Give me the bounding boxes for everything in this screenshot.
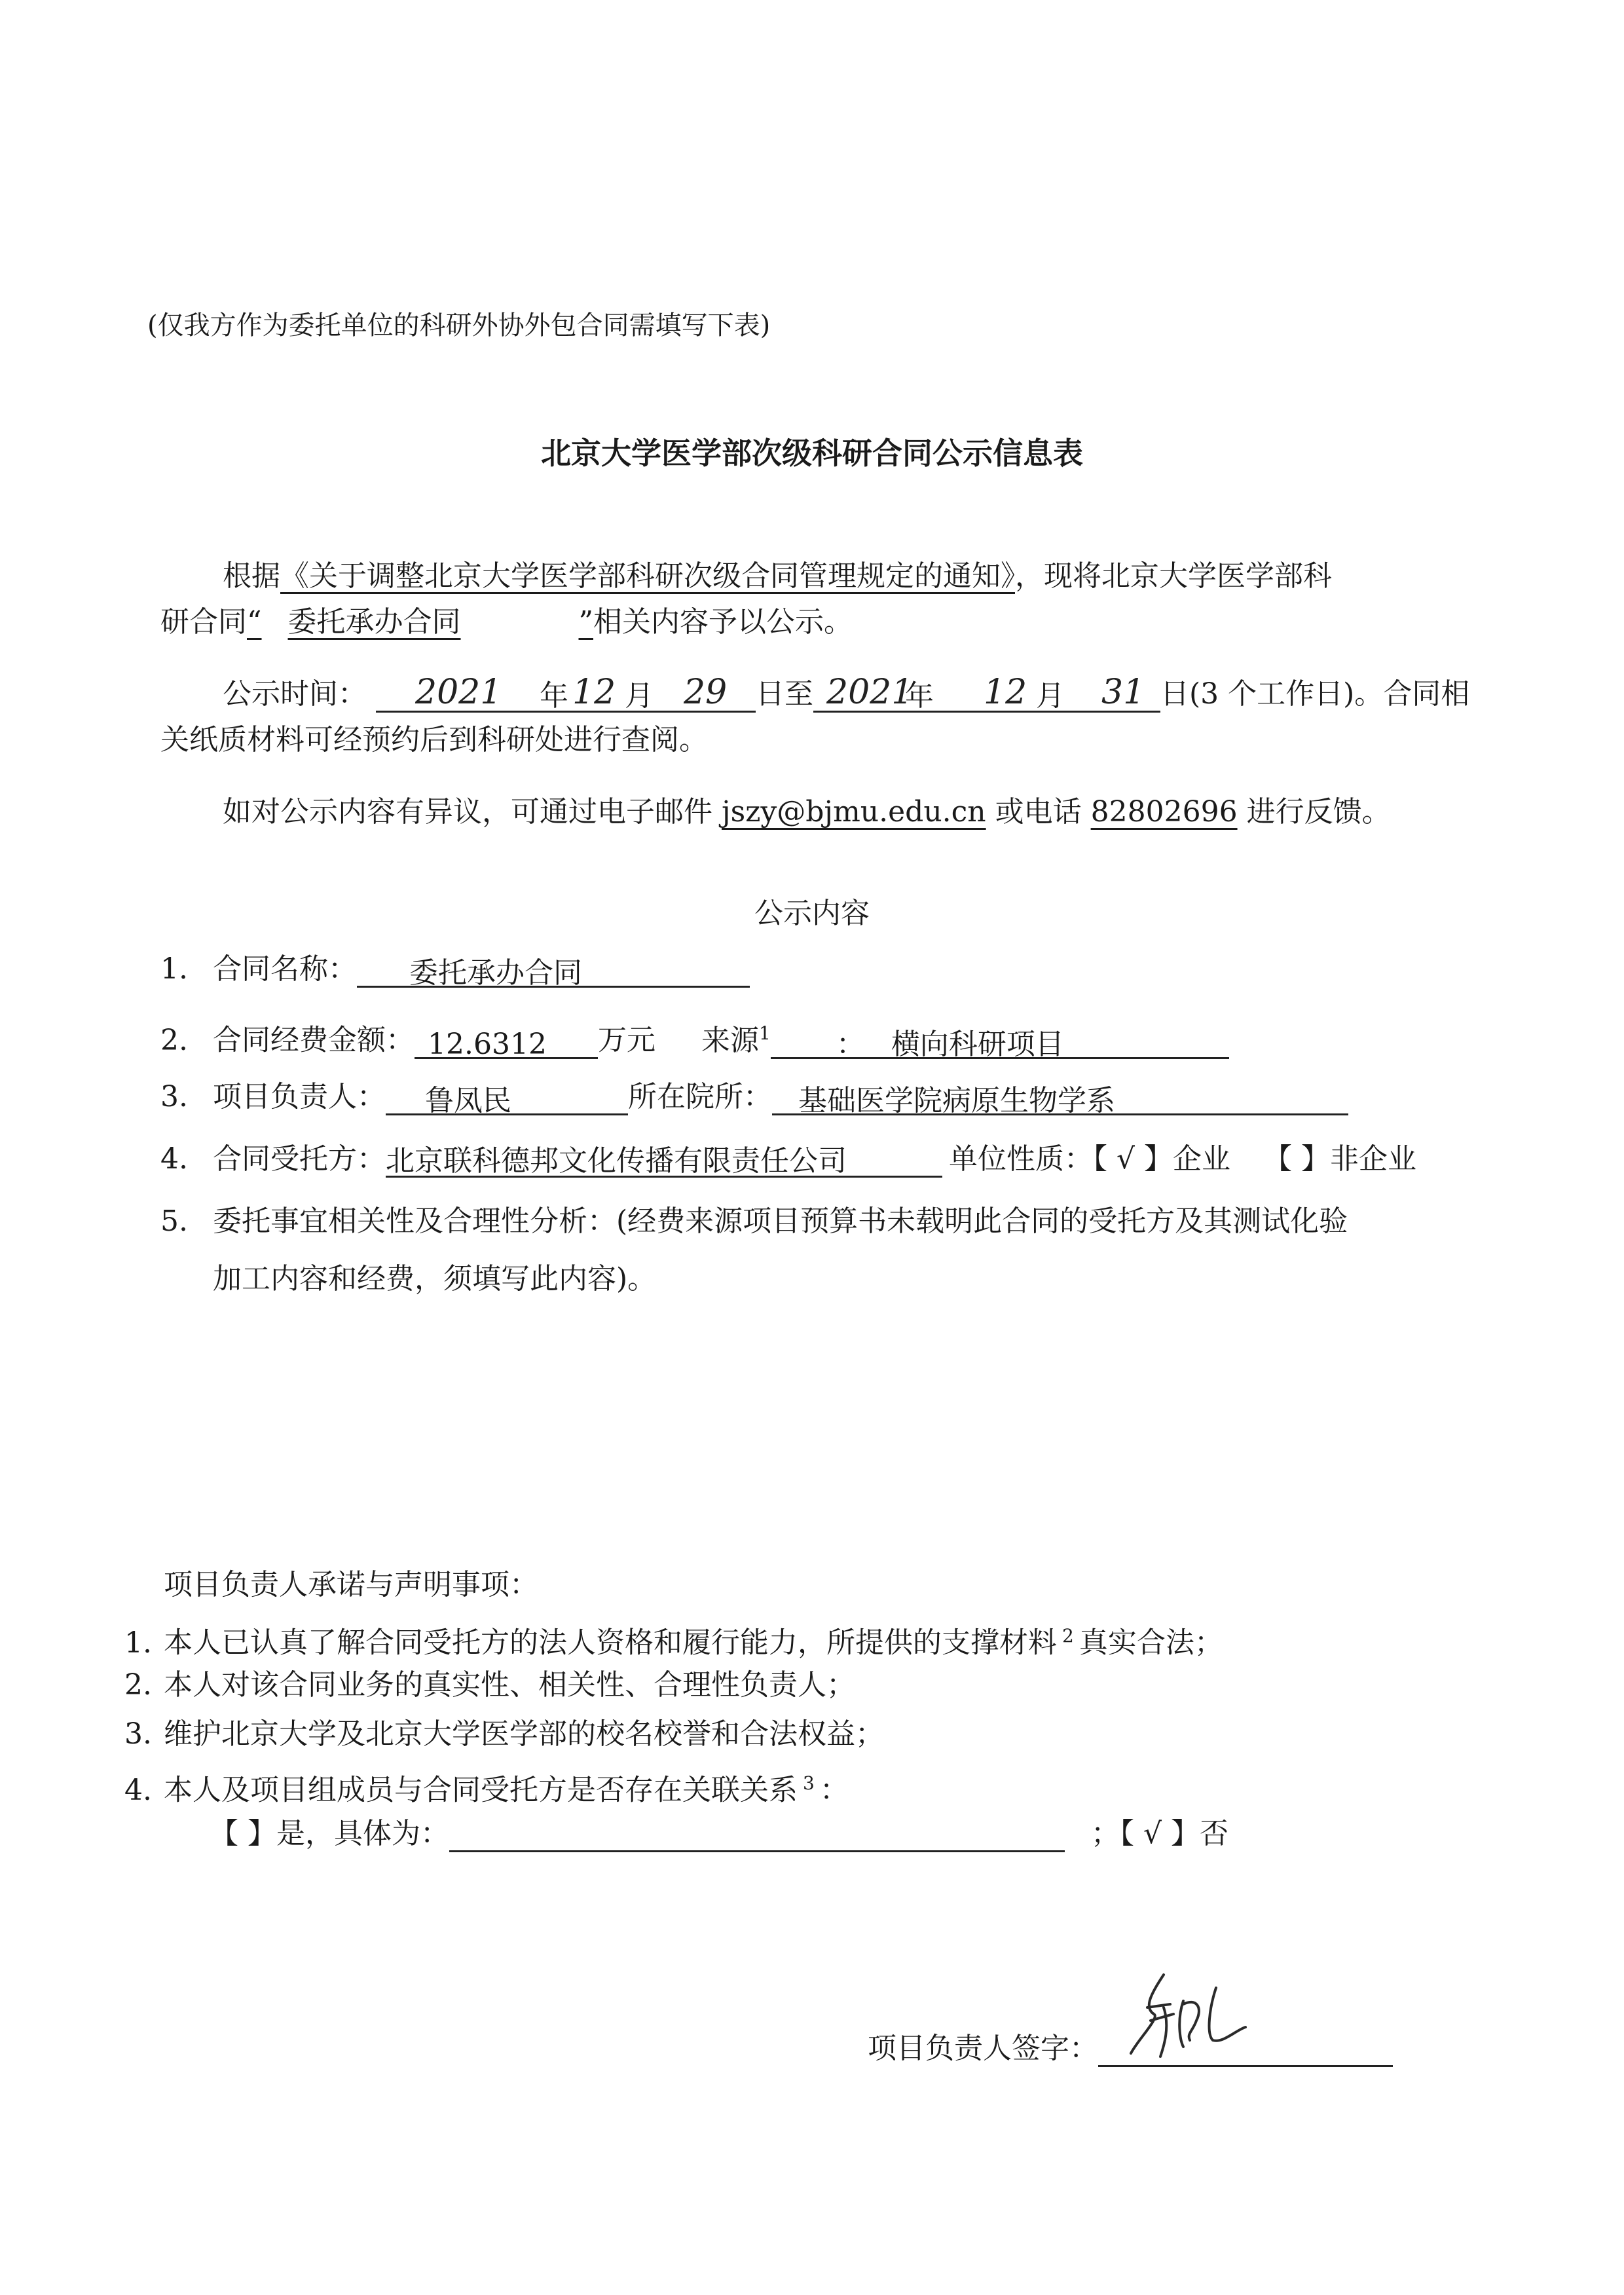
item-contractor: 4.合同受托方：北京联科德邦文化传播有限责任公司单位性质：【 √ 】企业【 】非… [160,1141,1416,1178]
item-number: 4. [124,1772,164,1809]
start-date-field: 2021 年 12 月 29 [376,678,756,713]
item-contract-name: 1.合同名称：委托承办合同 [160,951,750,988]
promise-tail: ： [820,1774,849,1807]
promise-text: 本人对该合同业务的真实性、相关性、合理性负责人； [164,1668,855,1702]
promise-tail: 真实合法； [1079,1626,1223,1660]
start-year: 2021 [415,674,502,711]
checkbox-no-checked[interactable]: ；【 √ 】否 [1065,1817,1228,1850]
quote-close: ” [461,605,594,639]
item-number: 1. [124,1625,164,1662]
item-number: 4. [160,1141,213,1178]
promise-item: 1.本人已认真了解合同受托方的法人资格和履行能力，所提供的支撑材料2真实合法； [124,1618,1223,1662]
footnote-marker: 3 [798,1772,820,1794]
nature-label: 单位性质： [942,1142,1093,1176]
checkbox-enterprise-checked[interactable]: 【 √ 】企业 [1093,1142,1230,1176]
source-field: ：横向科研项目 [771,1026,1229,1059]
end-day: 31 [1101,674,1145,711]
amount-unit: 万元 [598,1024,655,1057]
dept-label: 所在院所： [628,1080,772,1113]
footnote-marker: 2 [1057,1625,1079,1647]
item-label: 委托事宜相关性及合理性分析：(经费来源项目预算书未载明此合同的受托方及其测试化验 [213,1204,1348,1238]
intro-prefix: 根据 [223,559,280,593]
item-label: 合同名称： [213,952,357,986]
signature-field[interactable] [1098,2032,1393,2067]
month-label: 月 [1036,678,1065,715]
item-number: 2. [124,1667,164,1704]
feedback-mid: 或电话 [986,795,1091,829]
intro-line2-prefix: 研合同 [160,605,247,639]
notice-document-title: 《关于调整北京大学医学部科研次级合同管理规定的通知》 [280,559,1015,593]
amount-field: 12.6312 [415,1026,598,1059]
item-number: 3. [124,1716,164,1753]
period-suffix: (3 个工作日)。合同相 [1189,677,1469,711]
item-analysis-line-2: 加工内容和经费，须填写此内容)。 [213,1261,656,1297]
year-label: 年 [540,678,568,715]
month-label: 月 [625,678,654,715]
quote-open: “ [247,605,262,639]
day-to-label: 日至 [756,677,813,711]
feedback-prefix: 如对公示内容有异议，可通过电子邮件 [223,795,722,829]
relation-detail-field[interactable] [449,1818,1065,1852]
year-label: 年 [905,678,934,715]
dept-field: 基础医学院病原生物学系 [772,1083,1348,1115]
checkbox-yes[interactable]: 【 】是，具体为： [210,1817,449,1850]
leader-field: 鲁凤民 [386,1083,628,1115]
feedback-suffix: 进行反馈。 [1238,795,1391,829]
end-month: 12 [984,674,1027,711]
day-label: 日 [1160,677,1189,711]
end-year: 2021 [826,674,913,711]
checkbox-non-enterprise[interactable]: 【 】非企业 [1230,1142,1416,1176]
item-number: 3. [160,1079,213,1115]
footnote-marker: 1 [759,1022,771,1044]
source-value: 横向科研项目 [865,1028,1064,1061]
start-day: 29 [684,674,727,711]
item-number: 5. [160,1203,213,1240]
form-note: (仅我方作为委托单位的科研外协外包合同需填写下表) [147,305,770,342]
item-label: 合同经费金额： [213,1024,415,1057]
promise-item: 2.本人对该合同业务的真实性、相关性、合理性负责人； [124,1667,855,1704]
source-label: 来源 [655,1024,759,1057]
feedback-line: 如对公示内容有异议，可通过电子邮件 jszy@bjmu.edu.cn 或电话 8… [223,794,1391,830]
contract-type-value: 委托承办合同 [262,605,461,639]
promise-item: 4.本人及项目组成员与合同受托方是否存在关联关系3： [124,1765,849,1809]
colon: ： [836,1028,865,1061]
intro-mid: ，现将北京大学医学部科 [1015,559,1332,593]
item-number: 1. [160,951,213,988]
intro-suffix: 相关内容予以公示。 [593,605,853,639]
end-date-field: 2021 年 12 月 31 [813,678,1160,713]
promise-text: 维护北京大学及北京大学医学部的校名校誉和合法权益； [164,1717,884,1751]
promise-item: 3.维护北京大学及北京大学医学部的校名校誉和合法权益； [124,1716,884,1753]
relation-choice: 【 】是，具体为：；【 √ 】否 [210,1816,1228,1852]
content-heading: 公示内容 [0,895,1624,932]
start-month: 12 [572,674,616,711]
period-line-2: 关纸质材料可经预约后到科研处进行查阅。 [160,722,708,758]
signature-block: 项目负责人签字： [868,2030,1393,2067]
item-project-leader: 3.项目负责人：鲁凤民所在院所：基础医学院病原生物学系 [160,1079,1348,1115]
item-label: 合同受托方： [213,1142,386,1176]
contractor-field: 北京联科德邦文化传播有限责任公司 [386,1143,942,1178]
period-line-1: 公示时间： 2021 年 12 月 29 日至 2021 年 12 月 31 日… [223,676,1469,713]
feedback-email[interactable]: jszy@bjmu.edu.cn [722,795,986,829]
contract-type-field: “委托承办合同” [247,605,593,639]
item-analysis: 5.委托事宜相关性及合理性分析：(经费来源项目预算书未载明此合同的受托方及其测试… [160,1203,1348,1240]
intro-line-2: 研合同“委托承办合同”相关内容予以公示。 [160,604,853,641]
page-title: 北京大学医学部次级科研合同公示信息表 [0,430,1624,473]
item-contract-amount: 2.合同经费金额：12.6312万元来源1：横向科研项目 [160,1015,1229,1059]
promise-text: 本人及项目组成员与合同受托方是否存在关联关系 [164,1774,798,1807]
promise-text: 本人已认真了解合同受托方的法人资格和履行能力，所提供的支撑材料 [164,1626,1057,1660]
intro-line-1: 根据《关于调整北京大学医学部科研次级合同管理规定的通知》，现将北京大学医学部科 [223,558,1332,595]
feedback-phone: 82802696 [1091,795,1238,829]
item-label: 项目负责人： [213,1080,386,1113]
period-label: 公示时间： [223,677,367,711]
contract-name-field: 委托承办合同 [357,955,750,988]
signature-label: 项目负责人签字： [868,2032,1098,2065]
promises-heading: 项目负责人承诺与声明事项： [164,1567,538,1603]
item-number: 2. [160,1022,213,1059]
handwritten-signature-icon [1124,1968,1268,2060]
